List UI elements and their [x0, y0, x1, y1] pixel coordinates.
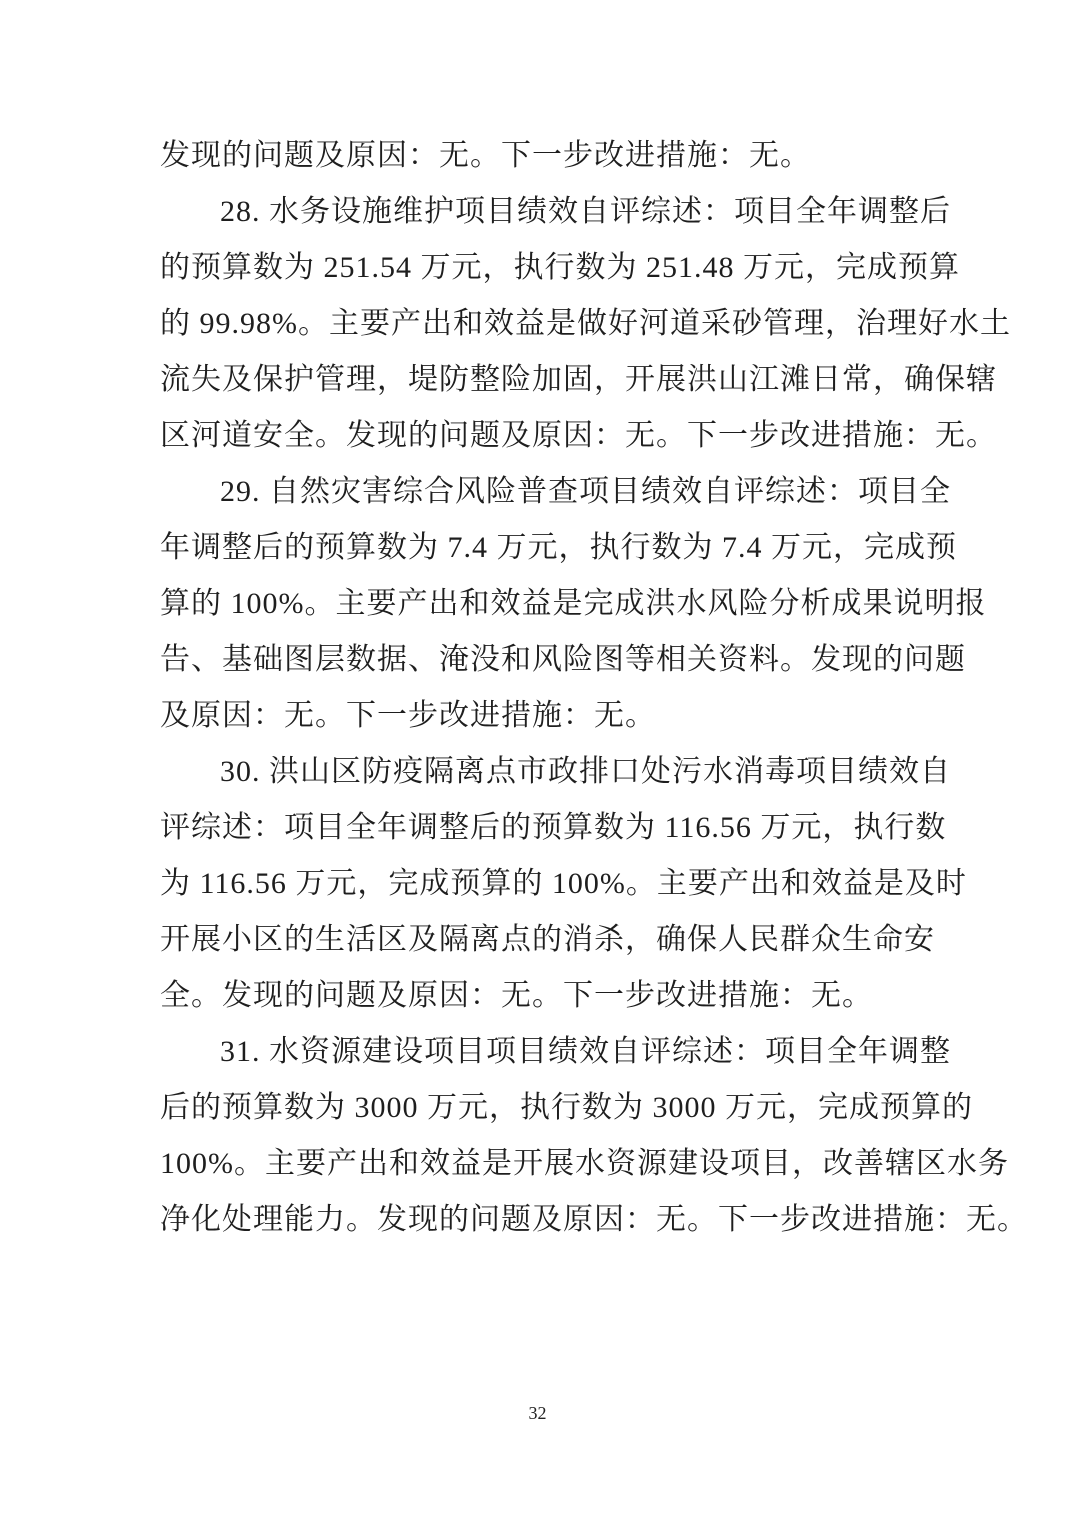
text-line: 为 116.56 万元，完成预算的 100%。主要产出和效益是及时 [160, 856, 917, 912]
document-body: 发现的问题及原因：无。下一步改进措施：无。28. 水务设施维护项目绩效自评综述：… [160, 128, 917, 1248]
text-line: 31. 水资源建设项目项目绩效自评综述：项目全年调整 [160, 1024, 917, 1080]
page-footer: 32 [0, 1398, 1075, 1428]
text-line: 的预算数为 251.54 万元，执行数为 251.48 万元，完成预算 [160, 240, 917, 296]
text-line: 全。发现的问题及原因：无。下一步改进措施：无。 [160, 968, 917, 1024]
text-line: 29. 自然灾害综合风险普查项目绩效自评综述：项目全 [160, 464, 917, 520]
text-line: 区河道安全。发现的问题及原因：无。下一步改进措施：无。 [160, 408, 917, 464]
text-line: 28. 水务设施维护项目绩效自评综述：项目全年调整后 [160, 184, 917, 240]
text-line: 算的 100%。主要产出和效益是完成洪水风险分析成果说明报 [160, 576, 917, 632]
text-line: 及原因：无。下一步改进措施：无。 [160, 688, 917, 744]
text-line: 后的预算数为 3000 万元，执行数为 3000 万元，完成预算的 [160, 1080, 917, 1136]
text-line: 100%。主要产出和效益是开展水资源建设项目，改善辖区水务 [160, 1136, 917, 1192]
text-line: 30. 洪山区防疫隔离点市政排口处污水消毒项目绩效自 [160, 744, 917, 800]
document-page: 发现的问题及原因：无。下一步改进措施：无。28. 水务设施维护项目绩效自评综述：… [0, 0, 1075, 1520]
text-line: 的 99.98%。主要产出和效益是做好河道采砂管理，治理好水土 [160, 296, 917, 352]
page-number: 32 [529, 1403, 547, 1423]
text-line: 开展小区的生活区及隔离点的消杀，确保人民群众生命安 [160, 912, 917, 968]
text-line: 净化处理能力。发现的问题及原因：无。下一步改进措施：无。 [160, 1192, 917, 1248]
text-line: 告、基础图层数据、淹没和风险图等相关资料。发现的问题 [160, 632, 917, 688]
text-line: 流失及保护管理，堤防整险加固，开展洪山江滩日常，确保辖 [160, 352, 917, 408]
text-line: 评综述：项目全年调整后的预算数为 116.56 万元，执行数 [160, 800, 917, 856]
text-line: 发现的问题及原因：无。下一步改进措施：无。 [160, 128, 917, 184]
text-line: 年调整后的预算数为 7.4 万元，执行数为 7.4 万元，完成预 [160, 520, 917, 576]
